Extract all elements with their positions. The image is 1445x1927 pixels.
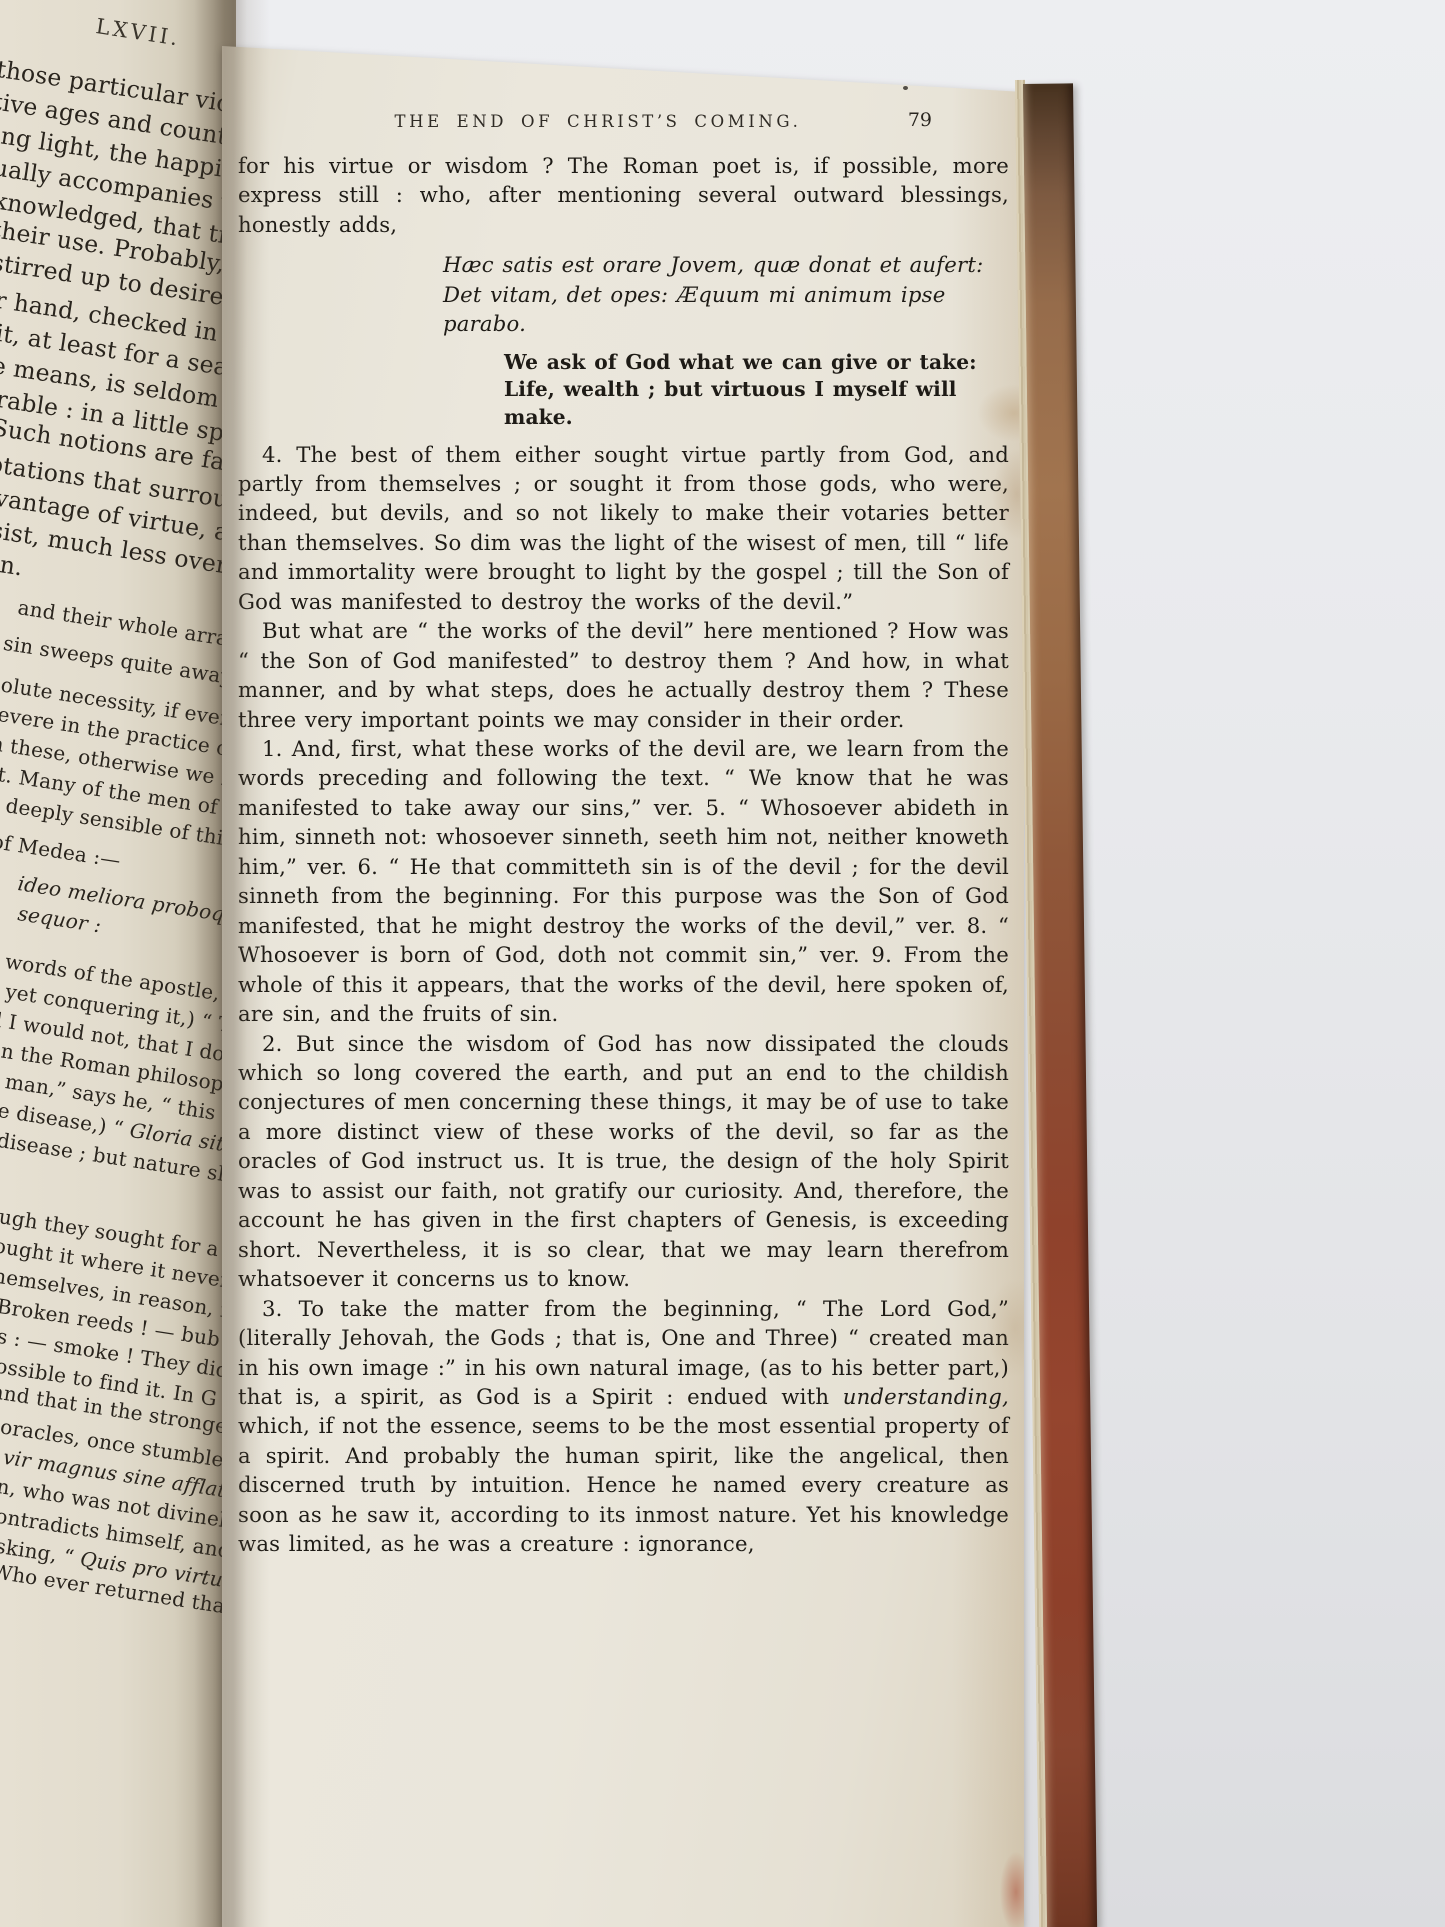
paragraph: Hæc satis est orare Jovem, quæ donat et … bbox=[443, 250, 1009, 279]
paragraph: 4. The best of them either sought virtue… bbox=[238, 440, 1009, 617]
page-body: for his virtue or wisdom ? The Roman poe… bbox=[238, 151, 1009, 1559]
paragraph: Det vitam, det opes: Æquum mi animum ips… bbox=[443, 280, 1009, 339]
paragraph: But what are “ the works of the devil” h… bbox=[238, 616, 1009, 734]
book-page: THE END OF CHRIST’S COMING. 79 for his v… bbox=[222, 46, 1024, 1927]
page-number: 79 bbox=[908, 109, 932, 131]
paragraph: for his virtue or wisdom ? The Roman poe… bbox=[238, 151, 1009, 239]
book-binding bbox=[1023, 83, 1097, 1927]
ink-speck bbox=[903, 86, 908, 90]
left-book-page: LXVII. of those particular vices wective… bbox=[0, 0, 236, 1927]
photo-background: LXVII. of those particular vices wective… bbox=[0, 0, 1445, 1927]
paragraph: We ask of God what we can give or take: bbox=[504, 349, 1009, 377]
stain bbox=[1000, 1852, 1032, 1927]
paragraph: 1. And, first, what these works of the d… bbox=[238, 734, 1009, 1029]
paragraph: 2. But since the wisdom of God has now d… bbox=[238, 1029, 1009, 1294]
left-page-text: of those particular vices wective ages a… bbox=[0, 48, 236, 1586]
page-header: THE END OF CHRIST’S COMING. 79 bbox=[222, 112, 1024, 138]
paragraph: 3. To take the matter from the beginning… bbox=[238, 1294, 1009, 1559]
running-head: THE END OF CHRIST’S COMING. bbox=[332, 112, 864, 131]
paragraph: Life, wealth ; but virtuous I myself wil… bbox=[504, 376, 1009, 431]
